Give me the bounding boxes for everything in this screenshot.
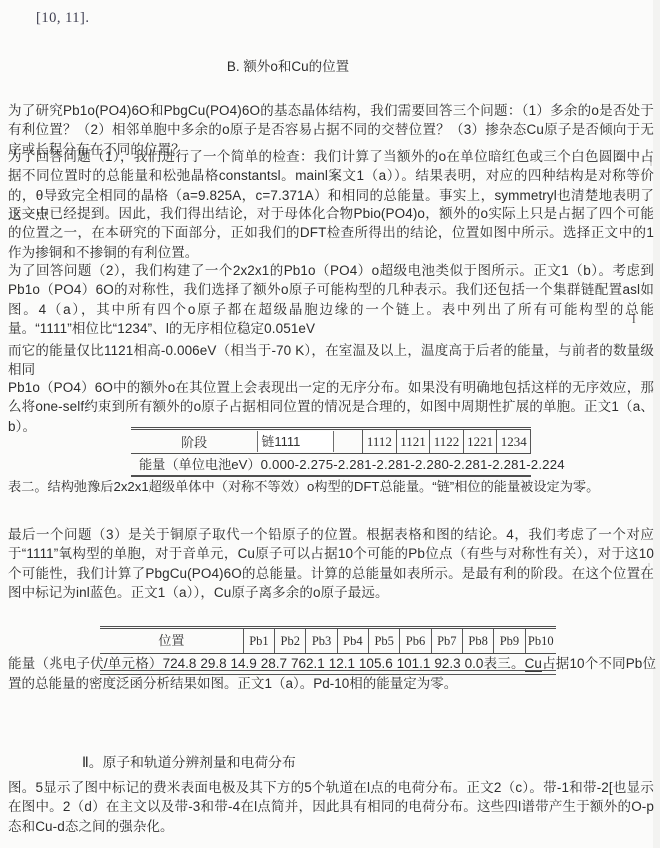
table3-position-header: 位置: [100, 629, 243, 653]
table3-energy-values: 724.8 29.8 14.9 28.7 762.1 12.1 105.6 10…: [163, 656, 484, 671]
scan-artifact: [651, 385, 653, 393]
table3-col-pb6: Pb6: [399, 629, 430, 653]
scan-artifact: [650, 160, 652, 166]
table2-col-1122: 1122: [429, 430, 463, 453]
paragraph-charge-distribution: 图。5显示了图中标记的费米表面电极及其下方的5个轨道在l点的电荷分布。正文2（c…: [8, 778, 654, 836]
table2-spacer: [334, 430, 362, 453]
scan-edge-shade: [653, 0, 660, 848]
table-o-configurations: 阶段 链1111 1112 1121 1122 1221 1234 能量（单位电…: [131, 427, 531, 477]
table3-caption-prefix: 表三。: [483, 656, 524, 671]
table3-col-pb8: Pb8: [462, 629, 493, 653]
table3-col-pb4: Pb4: [337, 629, 368, 653]
table2-phase-header: 阶段: [131, 432, 257, 451]
section-ii-heading: Ⅱ。原子和轨道分辨剂量和电荷分布: [82, 751, 296, 771]
paragraph-energy-comparison: 而它的能量仅比1121相高-0.006eV（相当于-70 K），在室温及以上，温…: [8, 341, 654, 380]
table3-header-row: 位置 Pb1 Pb2 Pb3 Pb4 Pb5 Pb6 Pb7 Pb8 Pb9 P…: [100, 629, 556, 654]
section-b-heading: B. 额外o和Cu的位置: [0, 55, 576, 75]
scan-artifact: [648, 563, 650, 567]
table-cu-positions: 位置 Pb1 Pb2 Pb3 Pb4 Pb5 Pb6 Pb7 Pb8 Pb9 P…: [100, 626, 556, 654]
table2-trailing-spacer: [530, 430, 531, 453]
table2-caption: 表二。结构弛豫后2x2x1超级单体中（对称不等效）o构型的DFT总能量。“链”相…: [8, 477, 654, 496]
table3-energy-label: 能量（兆电子伏/单元格）: [8, 656, 163, 671]
table2-col-1112: 1112: [362, 430, 396, 453]
stray-mark: l: [632, 311, 636, 327]
table2-energy-label: 能量（单位电池eV）: [139, 457, 261, 472]
table2-col-1221: 1221: [463, 430, 497, 453]
table3-col-pb10: Pb10: [525, 629, 556, 653]
table2-chain-cell: 链1111: [257, 431, 334, 452]
table3-col-pb3: Pb3: [305, 629, 336, 653]
paragraph-question2-answer: 为了回答问题（2），我们构建了一个2x2x1的Pb1o（PO4）o超级电池类似于…: [8, 261, 654, 338]
table3-col-pb2: Pb2: [274, 629, 305, 653]
table3-col-pb7: Pb7: [431, 629, 462, 653]
table3-col-pb5: Pb5: [368, 629, 399, 653]
table2-energy-values: 0.000-2.275-2.281-2.281-2.280-2.281-2.28…: [261, 457, 565, 472]
table3-col-pb1: Pb1: [243, 629, 274, 653]
paragraph-conclusion-position: 正文中已经提到。因此，我们得出结论，对于母体化合物Pbio(PO4)o，额外的o…: [8, 204, 654, 262]
table2-col-1234: 1234: [496, 430, 530, 453]
table2-col-1121: 1121: [396, 430, 430, 453]
table3-bottom-rule: [100, 670, 556, 675]
scan-artifact: [649, 347, 651, 352]
paragraph-question3-answer: 最后一个问题（3）是关于铜原子取代一个铅原子的位置。根据表格和图的结论。4，我们…: [8, 525, 654, 602]
scan-artifact: [649, 107, 651, 109]
table2-energy-row: 能量（单位电池eV）0.000-2.275-2.281-2.281-2.280-…: [131, 454, 531, 475]
scanned-paper-page: [10, 11]. B. 额外o和Cu的位置 为了研究Pb1o(PO4)6O和P…: [0, 0, 660, 848]
table3-col-pb9: Pb9: [493, 629, 524, 653]
reference-marker: [10, 11].: [36, 10, 90, 27]
table2-header-row: 阶段 链1111 1112 1121 1122 1221 1234: [131, 430, 531, 454]
